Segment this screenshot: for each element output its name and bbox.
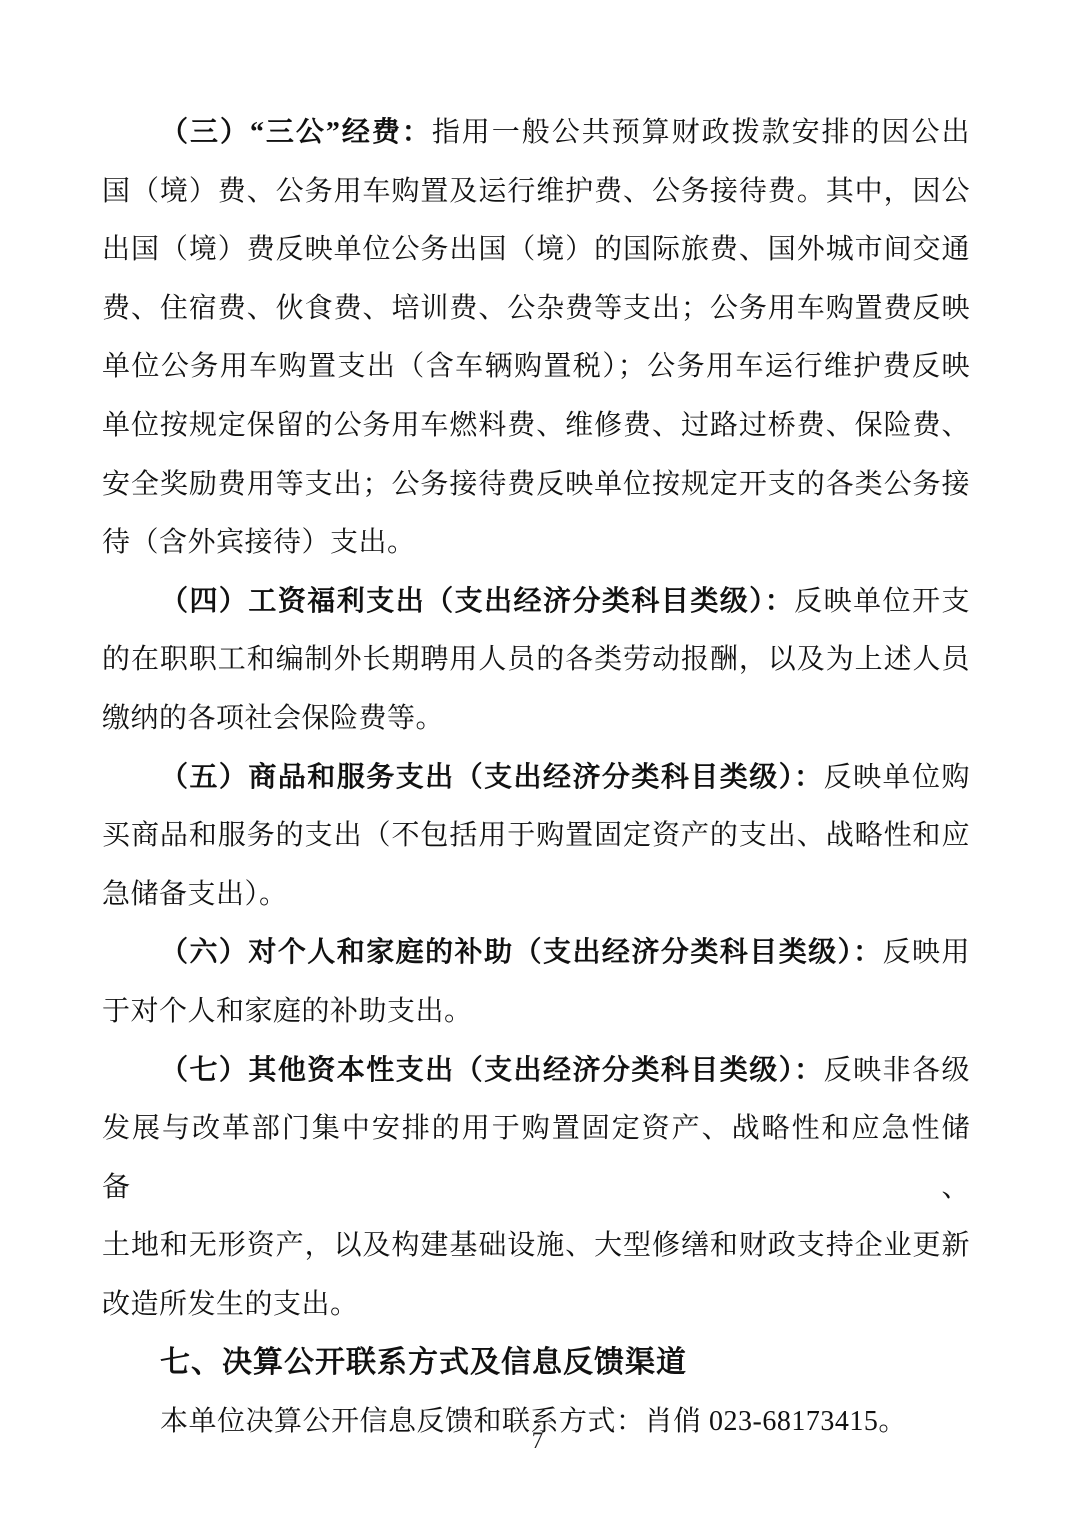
body-text: 买商品和服务的支出（不包括用于购置固定资产的支出、战略性和应 <box>102 820 970 851</box>
body-text: 土地和无形资产，以及构建基础设施、大型修缮和财政支持企业更新 <box>102 1230 970 1261</box>
text-line: 土地和无形资产，以及构建基础设施、大型修缮和财政支持企业更新 <box>102 1217 970 1276</box>
body-text: 反映用 <box>883 937 970 968</box>
bold-lead-text: （四）工资福利支出（支出经济分类科目类级）： <box>160 586 794 617</box>
text-line: 费、住宿费、伙食费、培训费、公杂费等支出；公务用车购置费反映 <box>102 280 970 339</box>
bold-lead-text: （六）对个人和家庭的补助（支出经济分类科目类级）： <box>160 937 883 968</box>
text-line: （四）工资福利支出（支出经济分类科目类级）：反映单位开支 <box>102 573 970 632</box>
body-text: 待（含外宾接待）支出。 <box>102 527 416 558</box>
bold-lead-text: （三）“三公”经费： <box>160 117 432 148</box>
body-text: 出国（境）费反映单位公务出国（境）的国际旅费、国外城市间交通 <box>102 234 970 265</box>
body-text: 反映单位购 <box>824 762 970 793</box>
body-text: 反映非各级 <box>824 1055 970 1086</box>
bold-lead-text: （五）商品和服务支出（支出经济分类科目类级）： <box>160 762 824 793</box>
body-text: 发展与改革部门集中安排的用于购置固定资产、战略性和应急性储备、 <box>102 1113 970 1203</box>
text-line: 买商品和服务的支出（不包括用于购置固定资产的支出、战略性和应 <box>102 807 970 866</box>
section-heading: 七、决算公开联系方式及信息反馈渠道 <box>102 1334 970 1393</box>
document-body: （三）“三公”经费：指用一般公共预算财政拨款安排的因公出国（境）费、公务用车购置… <box>102 104 970 1452</box>
body-text: 反映单位开支 <box>794 586 970 617</box>
text-line: 的在职职工和编制外长期聘用人员的各类劳动报酬，以及为上述人员 <box>102 631 970 690</box>
body-text: 指用一般公共预算财政拨款安排的因公出 <box>432 117 970 148</box>
text-line: 单位按规定保留的公务用车燃料费、维修费、过路过桥费、保险费、 <box>102 397 970 456</box>
page-number: 7 <box>0 1428 1075 1454</box>
text-line: 待（含外宾接待）支出。 <box>102 514 970 573</box>
body-text: 的在职职工和编制外长期聘用人员的各类劳动报酬，以及为上述人员 <box>102 644 970 675</box>
body-text: 于对个人和家庭的补助支出。 <box>102 996 473 1027</box>
text-line: 发展与改革部门集中安排的用于购置固定资产、战略性和应急性储备、 <box>102 1100 970 1217</box>
text-line: 改造所发生的支出。 <box>102 1276 970 1335</box>
text-line: （七）其他资本性支出（支出经济分类科目类级）：反映非各级 <box>102 1042 970 1101</box>
text-line: （三）“三公”经费：指用一般公共预算财政拨款安排的因公出 <box>102 104 970 163</box>
body-text: 安全奖励费用等支出；公务接待费反映单位按规定开支的各类公务接 <box>102 469 970 500</box>
text-line: 安全奖励费用等支出；公务接待费反映单位按规定开支的各类公务接 <box>102 456 970 515</box>
body-text: 单位公务用车购置支出（含车辆购置税）；公务用车运行维护费反映 <box>102 351 970 382</box>
text-line: 急储备支出）。 <box>102 866 970 925</box>
body-text: 单位按规定保留的公务用车燃料费、维修费、过路过桥费、保险费、 <box>102 410 970 441</box>
text-line: 于对个人和家庭的补助支出。 <box>102 983 970 1042</box>
body-text: 改造所发生的支出。 <box>102 1289 359 1320</box>
body-text: 费、住宿费、伙食费、培训费、公杂费等支出；公务用车购置费反映 <box>102 293 970 324</box>
body-text: 缴纳的各项社会保险费等。 <box>102 703 444 734</box>
text-line: 国（境）费、公务用车购置及运行维护费、公务接待费。其中，因公 <box>102 163 970 222</box>
text-line: 缴纳的各项社会保险费等。 <box>102 690 970 749</box>
document-page: （三）“三公”经费：指用一般公共预算财政拨款安排的因公出国（境）费、公务用车购置… <box>0 0 1075 1520</box>
body-text: 急储备支出）。 <box>102 879 288 910</box>
text-line: 单位公务用车购置支出（含车辆购置税）；公务用车运行维护费反映 <box>102 338 970 397</box>
text-line: （五）商品和服务支出（支出经济分类科目类级）：反映单位购 <box>102 749 970 808</box>
bold-lead-text: （七）其他资本性支出（支出经济分类科目类级）： <box>160 1055 824 1086</box>
text-line: （六）对个人和家庭的补助（支出经济分类科目类级）：反映用 <box>102 924 970 983</box>
bold-lead-text: 七、决算公开联系方式及信息反馈渠道 <box>160 1346 687 1379</box>
body-text: 国（境）费、公务用车购置及运行维护费、公务接待费。其中，因公 <box>102 176 970 207</box>
text-line: 出国（境）费反映单位公务出国（境）的国际旅费、国外城市间交通 <box>102 221 970 280</box>
